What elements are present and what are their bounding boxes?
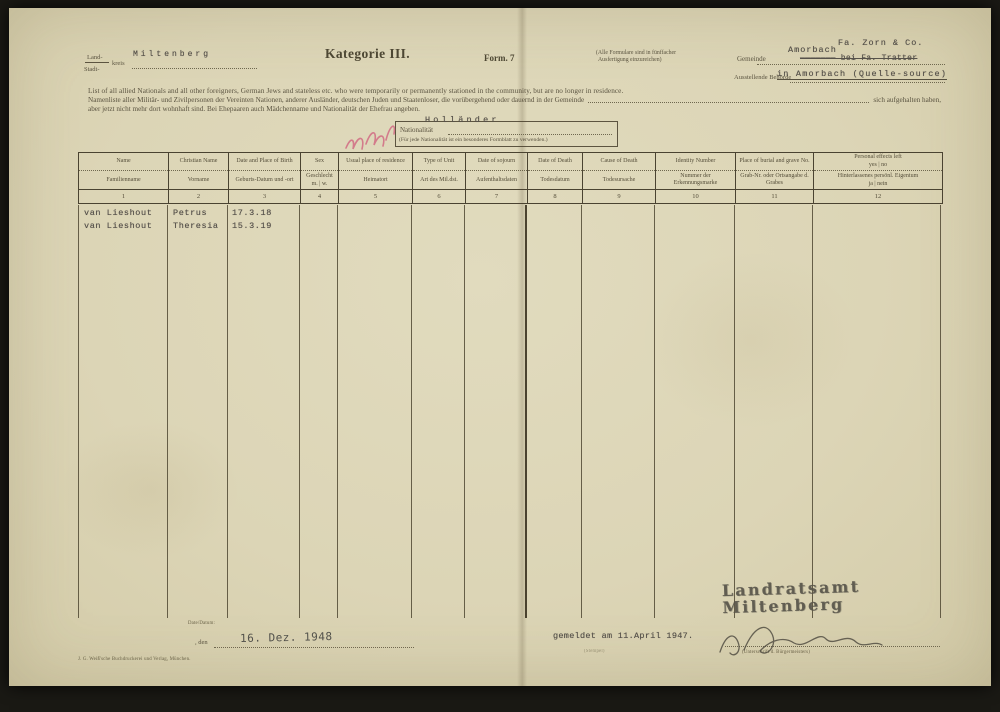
column-label-en: Christian Name — [180, 158, 218, 165]
table-body-column-1 — [78, 205, 168, 618]
column-header-10: Identity NumberNummer der Erkennungsmark… — [656, 153, 736, 203]
table-body-column-3 — [228, 205, 300, 618]
table-body-column-4 — [300, 205, 338, 618]
column-label-de: Todesdatum — [540, 177, 569, 184]
column-number: 2 — [169, 189, 228, 203]
column-label-de: Familienname — [106, 177, 140, 184]
column-label-en: Personal effects left — [854, 154, 902, 161]
column-number: 9 — [583, 189, 655, 203]
table-body-column-2 — [168, 205, 228, 618]
column-header-12: Personal effects leftyes | noHinterlasse… — [814, 153, 942, 203]
stempel-label: (Stempel) — [584, 649, 605, 654]
column-label-en: Date of sojourn — [478, 158, 515, 165]
column-label-en: Date and Place of Birth — [236, 158, 292, 165]
column-label-de: Art des Mil.dst. — [420, 177, 458, 184]
column-header-9: Cause of DeathTodesursache9 — [583, 153, 656, 203]
date-blank-line — [214, 647, 414, 648]
column-number: 10 — [656, 189, 735, 203]
column-label-en: Type of Unit — [424, 158, 455, 165]
copies-note-line1: (Alle Formulare sind in fünffacher — [596, 50, 676, 56]
column-header-11: Place of burial and grave No.Grab-Nr. od… — [736, 153, 814, 203]
table-body-column-5 — [338, 205, 412, 618]
intro-german-text: Namenliste aller Militär- und Zivilperso… — [88, 96, 584, 104]
column-label-de: Vorname — [188, 177, 210, 184]
column-label-de: Geburts-Datum und -ort — [236, 177, 294, 184]
gemeinde-struck-value: ——————— bei Fa. Tratter — [800, 54, 917, 63]
column-number: 5 — [339, 189, 412, 203]
column-label-en: Cause of Death — [601, 158, 638, 165]
column-label-de: Aufenthaltsdaten — [476, 177, 517, 184]
gemeinde-blank-line — [757, 64, 945, 65]
land-stadt-divider — [85, 62, 109, 63]
entry-family-name: van Lieshout — [84, 208, 152, 218]
column-header-4: SexGeschlechtm. | w.4 — [301, 153, 339, 203]
column-number: 3 — [229, 189, 300, 203]
table-body-column-11 — [735, 205, 813, 618]
entry-family-name: van Lieshout — [84, 221, 152, 231]
column-number: 8 — [528, 189, 582, 203]
column-number: 6 — [413, 189, 465, 203]
table-body-column-6 — [412, 205, 465, 618]
table-body — [78, 205, 941, 618]
form-number: Form. 7 — [484, 53, 515, 63]
column-sublabel-de: ja | nein — [869, 181, 888, 188]
column-label-de: Hinterlassenes persönl. Eigentum — [838, 173, 918, 180]
den-label: , den — [195, 639, 208, 646]
gemeinde-label: Gemeinde — [737, 55, 766, 63]
intro-german-suffix: sich aufgehalten haben, — [873, 96, 941, 104]
date-label: Date/Datum: — [188, 621, 215, 626]
entry-given-name: Petrus — [173, 208, 207, 218]
column-label-en: Place of burial and grave No. — [739, 158, 809, 165]
kreis-label: kreis — [112, 60, 125, 67]
column-header-8: Date of DeathTodesdatum8 — [528, 153, 583, 203]
column-number: 12 — [814, 189, 942, 203]
column-label-de: Heimatort — [363, 177, 387, 184]
column-label-de: Geschlecht — [306, 173, 333, 180]
table-body-column-7 — [465, 205, 527, 618]
column-header-1: NameFamilienname1 — [79, 153, 169, 203]
table-body-column-12 — [813, 205, 941, 618]
entry-birth-date: 17.3.18 — [232, 208, 272, 218]
column-number: 11 — [736, 189, 813, 203]
table-body-column-10 — [655, 205, 735, 618]
column-label-de: Todesursache — [603, 177, 636, 184]
column-label-en: Date of Death — [538, 158, 572, 165]
column-label-en: Usual place of residence — [346, 158, 405, 165]
intro-blank-line — [588, 102, 869, 103]
column-label-en: Sex — [315, 158, 324, 165]
column-number: 4 — [301, 189, 338, 203]
column-header-7: Date of sojournAufenthaltsdaten7 — [466, 153, 528, 203]
entry-given-name: Theresia — [173, 221, 219, 231]
kategorie-title: Kategorie III. — [325, 46, 410, 62]
copies-note-line2: Ausfertigung einzureichen) — [598, 57, 662, 63]
column-header-5: Usual place of residenceHeimatort5 — [339, 153, 413, 203]
nationality-typed-value: Holländer — [425, 115, 500, 125]
column-number: 7 — [466, 189, 527, 203]
intro-german-line1: Namenliste aller Militär- und Zivilperso… — [88, 96, 941, 104]
behoerde-blank-line — [790, 82, 945, 83]
table-header: NameFamilienname1Christian NameVorname2D… — [78, 152, 943, 204]
land-label: Land- — [87, 54, 103, 61]
column-label-en: Identity Number — [676, 158, 716, 165]
intro-english: List of all allied Nationals and all oth… — [88, 87, 623, 95]
column-sublabel-en: yes | no — [869, 162, 887, 169]
column-header-6: Type of UnitArt des Mil.dst.6 — [413, 153, 466, 203]
column-number: 1 — [79, 189, 168, 203]
column-header-2: Christian NameVorname2 — [169, 153, 229, 203]
table-body-column-9 — [582, 205, 655, 618]
column-sublabel-de: m. | w. — [312, 181, 328, 188]
reported-typed-note: gemeldet am 11.April 1947. — [553, 631, 693, 641]
date-stamp: 16. Dez. 1948 — [240, 630, 333, 645]
column-label-en: Name — [116, 158, 130, 165]
kreis-typed-value: Miltenberg — [133, 50, 211, 59]
signature — [712, 612, 892, 664]
stadt-label: Stadt- — [84, 66, 100, 73]
column-header-3: Date and Place of BirthGeburts-Datum und… — [229, 153, 301, 203]
red-pencil-scribble — [338, 110, 400, 154]
printer-imprint: J. G. Weiß'sche Buchdruckerei und Verlag… — [78, 657, 191, 662]
office-stamp: Landratsamt Miltenberg — [722, 578, 862, 616]
entry-birth-date: 15.3.19 — [232, 221, 272, 231]
behoerde-typed-value: in Amorbach (Quelle-source) — [777, 69, 947, 80]
column-label-de: Nummer der Erkennungsmarke — [658, 173, 733, 186]
nationality-label: Nationalität — [400, 126, 433, 134]
table-body-column-8 — [527, 205, 582, 618]
company-typed-value: Fa. Zorn & Co. — [838, 38, 923, 48]
kreis-blank-line — [132, 68, 257, 69]
column-label-de: Grab-Nr. oder Ortsangabe d. Grabes — [738, 173, 811, 186]
nationality-blank-line — [448, 134, 612, 135]
nationality-note: (Für jede Nationalität ist ein besondere… — [399, 137, 548, 143]
scanned-document-page: Land- Stadt- kreis Miltenberg Kategorie … — [0, 0, 1000, 712]
